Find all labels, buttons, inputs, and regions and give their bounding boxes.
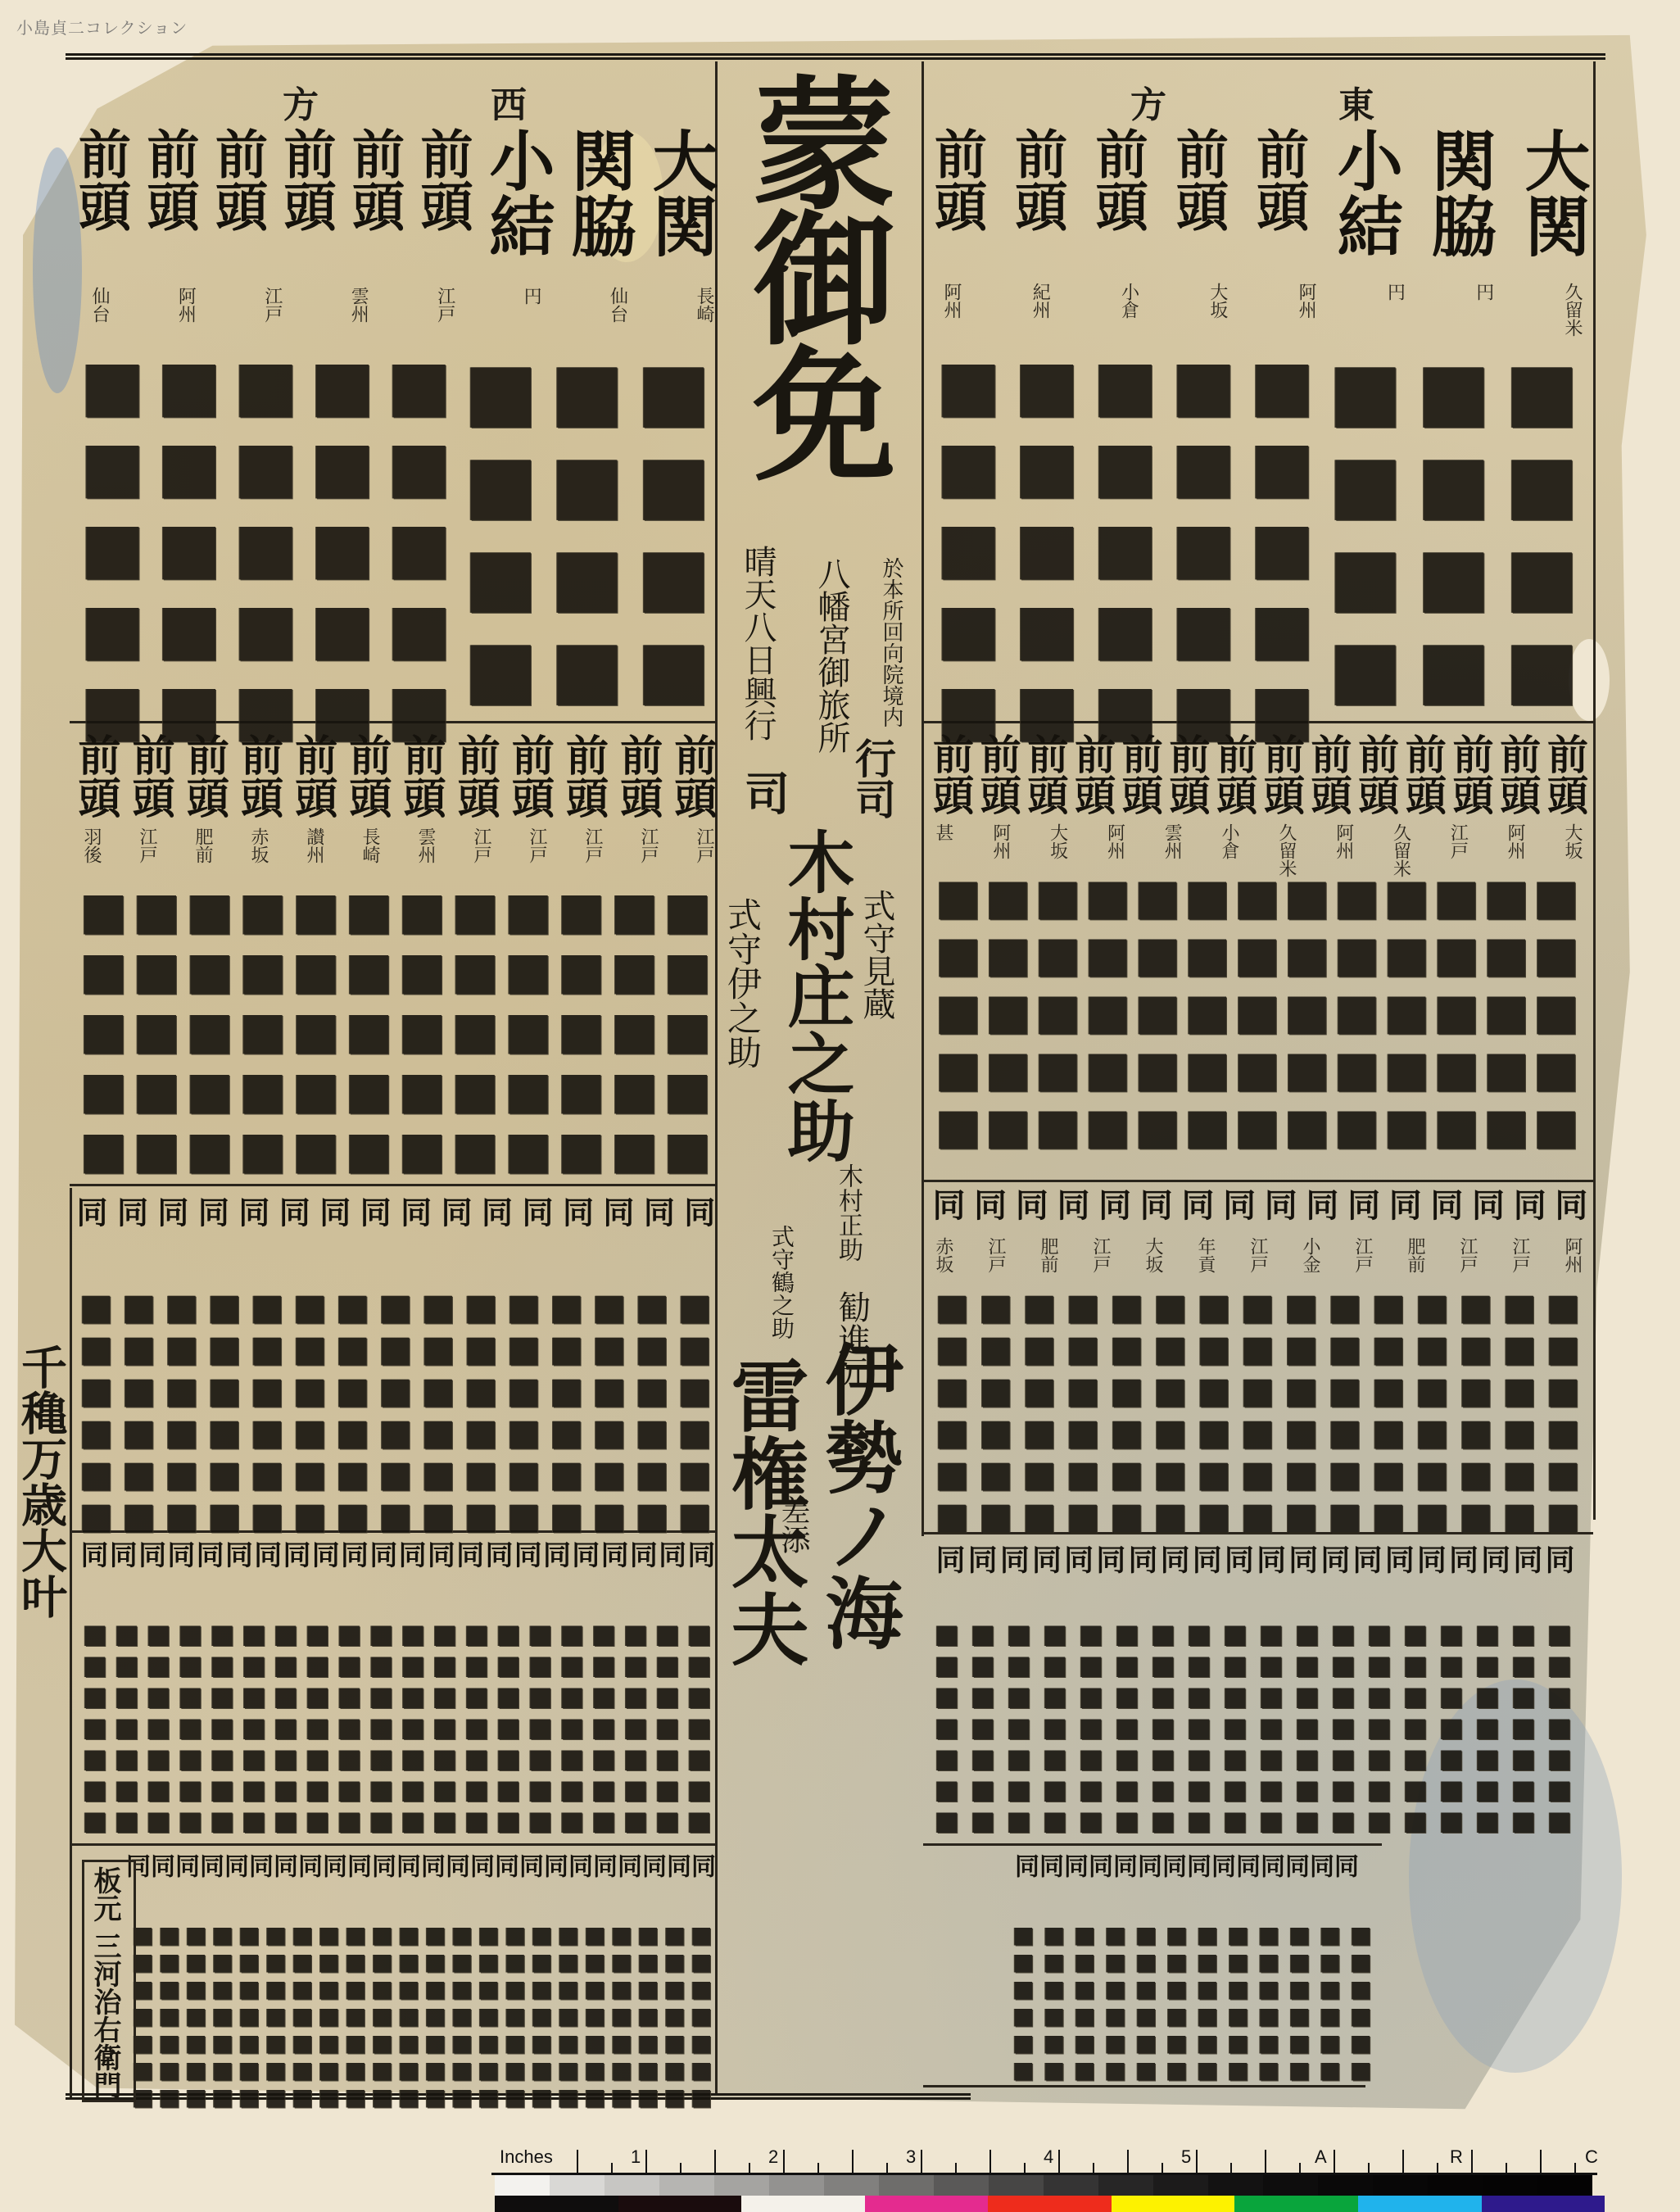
rank-label: 前頭: [237, 733, 279, 818]
rank-label: 同: [1110, 1853, 1134, 1878]
rank-label: 同: [1306, 1853, 1331, 1878]
shikona-illegible: ■■■■■: [396, 881, 447, 1180]
rank-label: 同: [1447, 1544, 1477, 1574]
shikona-illegible: ■■■■■■: [1226, 1921, 1249, 2083]
row-divider-2-west: [70, 1184, 717, 1186]
rank-label: 前頭: [616, 733, 659, 818]
rank-label: 同: [1261, 1188, 1294, 1221]
shikona-illegible: ■■■■■: [934, 344, 1003, 750]
east-top-shikona: ■■■■ ■■■■ ■■■■ ■■■■■ ■■■■■ ■■■■■ ■■■■■ ■…: [934, 344, 1581, 750]
rank-label: 同: [1386, 1188, 1419, 1221]
rank-label: 同: [1543, 1544, 1573, 1574]
shikona-illegible: ■■■■■■■: [1510, 1618, 1537, 1836]
west-fifth-ranks: 同 同 同 同 同 同 同 同 同 同 同 同 同 同 同 同 同 同 同 同 …: [131, 1853, 713, 1878]
shikona-illegible: ■■■■■■■: [305, 1618, 331, 1836]
rank-label: 前頭: [211, 127, 263, 232]
rank-label: 同: [600, 1196, 632, 1227]
rank-label: 同: [998, 1544, 1027, 1574]
rank-label: 前頭: [1450, 733, 1491, 815]
row-divider-4-west: [70, 1843, 717, 1846]
rank-label: 前頭: [1497, 733, 1537, 815]
shikona-illegible: ■■■■■: [1183, 868, 1232, 1155]
origin-label: 小倉: [1120, 283, 1138, 337]
rank-label: 同: [559, 1196, 591, 1227]
shikona-illegible: ■■■■■: [131, 881, 182, 1180]
shikona-illegible: ■■■■■■■: [1114, 1618, 1140, 1836]
rank-label: 同: [193, 1540, 221, 1568]
shikona-illegible: ■■■■■■■: [1474, 1618, 1501, 1836]
shikona-illegible: ■■■■■■■: [209, 1618, 235, 1836]
shikona-illegible: ■■■■■■: [1065, 1286, 1101, 1537]
rank-label: 同: [78, 1540, 106, 1568]
rank-label: 前頭: [1171, 127, 1224, 232]
rank-label: 同: [424, 1540, 452, 1568]
ruler-tick-label: 1: [631, 2146, 641, 2168]
origin-label: 長崎: [360, 827, 378, 863]
shikona-illegible: ■■■■■■■: [636, 1921, 659, 2110]
rank-label: 同: [1179, 1188, 1211, 1221]
origin-label: 円: [522, 287, 540, 323]
shikona-illegible: ■■■■■: [155, 344, 224, 750]
grayscale-calibration-strip: [495, 2175, 1592, 2196]
rank-label: 同: [1287, 1544, 1316, 1574]
rank-label: 前頭: [1119, 733, 1160, 815]
inch-ruler: Inches 1 2 3 4 5 A R C: [491, 2148, 1597, 2175]
ruler-tick-label: 2: [768, 2146, 778, 2168]
shikona-illegible: ■■■■■■■: [1078, 1618, 1104, 1836]
rank-label: 同: [1137, 1188, 1170, 1221]
shikona-illegible: ■■■■■■■: [432, 1618, 458, 1836]
shikona-illegible: ■■■■■■: [1370, 1286, 1406, 1537]
shikona-illegible: ■■■■■: [184, 881, 235, 1180]
shikona-illegible: ■■■■■■: [120, 1286, 156, 1537]
shikona-illegible: ■■■■■: [555, 881, 606, 1180]
shikona-illegible: ■■■■■: [503, 881, 554, 1180]
gyoji-label: 行司: [852, 737, 893, 819]
rank-label: 同: [438, 1196, 469, 1227]
shikona-illegible: ■■■■■: [1012, 344, 1081, 750]
center-title: 蒙御免: [741, 70, 885, 475]
rank-label: 同: [418, 1853, 442, 1878]
shikona-illegible: ■■■■: [1414, 344, 1492, 750]
west-fourth-shikona: ■■■■■■■ ■■■■■■■ ■■■■■■■ ■■■■■■■ ■■■■■■■ …: [82, 1618, 713, 1836]
rank-label: 前頭: [345, 733, 387, 818]
shikona-illegible: ■■■■■: [1432, 868, 1481, 1155]
rank-label: 前頭: [1071, 733, 1112, 815]
shikona-illegible: ■■■■■: [609, 881, 659, 1180]
rank-label: 同: [482, 1540, 510, 1568]
origin-label: 大坂: [1143, 1237, 1162, 1273]
rank-label: 同: [1428, 1188, 1460, 1221]
shikona-illegible: ■■■■■■: [1288, 1921, 1311, 2083]
west-second-origins: 江戸 江戸 江戸 江戸 江戸 雲州 長崎 讃州 赤坂 肥前 江戸 羽後: [82, 827, 713, 863]
rank-label: 同: [1184, 1853, 1208, 1878]
origin-label: 江戸: [1510, 1237, 1528, 1273]
rank-label: 前頭: [930, 127, 982, 232]
shikona-illegible: ■■■■■: [231, 344, 300, 750]
gyoji-left: 式守伊之助: [725, 897, 759, 1069]
rank-label: 同: [479, 1196, 510, 1227]
rank-label: 同: [221, 1853, 246, 1878]
shikona-illegible: ■■■■■■■: [464, 1618, 490, 1836]
shikona-illegible: ■■■■■: [290, 881, 341, 1180]
rank-label: 同: [1415, 1544, 1444, 1574]
shikona-illegible: ■■■■■■■: [583, 1921, 606, 2110]
shikona-illegible: ■■■■■■: [634, 1286, 670, 1537]
rank-label: 同: [1190, 1544, 1220, 1574]
ruler-tick-label: C: [1585, 2146, 1598, 2168]
rank-label: 前頭: [1261, 733, 1302, 815]
shikona-illegible: ■■■■■■■: [264, 1921, 287, 2110]
rank-label: 同: [236, 1196, 267, 1227]
rank-label: 前頭: [453, 733, 496, 818]
venue-note-left: 晴天八日興行: [741, 545, 774, 741]
west-header-side: 西: [491, 84, 699, 126]
shikona-illegible: ■■■■■■: [377, 1286, 413, 1537]
origin-label: 江戸: [639, 827, 657, 863]
rank-label: 同: [541, 1540, 568, 1568]
rank-label: 小結: [484, 127, 550, 258]
origin-label: 肥前: [193, 827, 211, 863]
rank-label: 同: [590, 1853, 614, 1878]
shikona-illegible: ■■■■■: [1034, 868, 1083, 1155]
shikona-illegible: ■■■■■■■: [1258, 1618, 1284, 1836]
shikona-illegible: ■■■■: [461, 344, 540, 750]
origin-label: 阿州: [176, 287, 194, 323]
rank-label: 同: [491, 1853, 516, 1878]
rank-label: 同: [1552, 1188, 1585, 1221]
shikona-illegible: ■■■■■■: [1165, 1921, 1188, 2083]
shikona-illegible: ■■■■: [634, 344, 713, 750]
rank-label: 同: [682, 1196, 713, 1227]
origin-label: 江戸: [695, 827, 713, 863]
rank-label: 同: [136, 1540, 164, 1568]
shikona-illegible: ■■■■■■■: [557, 1921, 580, 2110]
shikona-illegible: ■■■■: [1502, 344, 1581, 750]
shikona-illegible: ■■■■■■■: [451, 1921, 473, 2110]
rank-label: 関脇: [1426, 127, 1492, 258]
rank-label: 同: [663, 1853, 688, 1878]
west-top-shikona: ■■■■ ■■■■ ■■■■ ■■■■■ ■■■■■ ■■■■■ ■■■■■ ■…: [78, 344, 713, 750]
west-third-shikona: ■■■■■■ ■■■■■■ ■■■■■■ ■■■■■■ ■■■■■■ ■■■■■…: [78, 1286, 713, 1537]
color-calibration-strip: [495, 2196, 1605, 2212]
rank-label: 前頭: [143, 127, 195, 232]
rank-label: 同: [641, 1196, 672, 1227]
rank-label: 同: [317, 1196, 348, 1227]
shikona-illegible: ■■■■■■: [591, 1286, 627, 1537]
rank-label: 同: [147, 1853, 172, 1878]
rank-label: 大関: [647, 127, 713, 258]
shikona-illegible: ■■■■■: [1233, 868, 1282, 1155]
sashizoe-name: 雷権太夫: [725, 1356, 803, 1667]
shikona-illegible: ■■■■■■: [1327, 1286, 1363, 1537]
shikona-illegible: ■■■■■■■: [1366, 1618, 1392, 1836]
rank-label: 同: [656, 1540, 684, 1568]
rank-label: 前頭: [399, 733, 442, 818]
origin-label: 江戸: [986, 1237, 1004, 1273]
rank-label: 同: [1257, 1853, 1282, 1878]
shikona-illegible: ■■■■■■■: [146, 1618, 172, 1836]
rank-label: 同: [569, 1540, 597, 1568]
origin-label: 円: [1385, 283, 1403, 337]
shikona-illegible: ■■■■■■■: [1006, 1618, 1032, 1836]
origin-label: 大坂: [1208, 283, 1226, 337]
rank-label: 同: [1479, 1544, 1509, 1574]
shikona-illegible: ■■■■■■: [1108, 1286, 1144, 1537]
origin-label: 江戸: [1248, 1237, 1266, 1273]
shikona-illegible: ■■■■■■: [1283, 1286, 1319, 1537]
rank-label: 前頭: [930, 733, 971, 815]
origin-label: 阿州: [1297, 283, 1315, 337]
shikona-illegible: ■■■■■■: [1257, 1921, 1280, 2083]
shikona-illegible: ■■■■■■: [977, 1286, 1013, 1537]
gyoji-small-1: 木村正助: [835, 1163, 860, 1262]
rank-label: 同: [1303, 1188, 1336, 1221]
tsukasa-label: 司: [741, 770, 786, 815]
gyoji-small-2: 式守鶴之助: [770, 1225, 793, 1339]
rank-label: 小結: [1332, 127, 1397, 258]
east-fifth-ranks: 同 同 同 同 同 同 同 同 同 同 同 同 同 同: [1012, 1853, 1356, 1878]
shikona-illegible: ■■■■■■: [163, 1286, 199, 1537]
shikona-illegible: ■■■■■■: [1152, 1286, 1188, 1537]
east-fifth-shikona: ■■■■■■ ■■■■■■ ■■■■■■ ■■■■■■ ■■■■■■ ■■■■■…: [1012, 1921, 1372, 2083]
shikona-illegible: ■■■■■■: [420, 1286, 456, 1537]
rank-label: 同: [1126, 1544, 1156, 1574]
rank-label: 同: [1331, 1853, 1356, 1878]
shikona-illegible: ■■■■■■: [1042, 1921, 1065, 2083]
rank-label: 前頭: [1308, 733, 1349, 815]
shikona-illegible: ■■■■■: [343, 881, 394, 1180]
rank-label: 同: [930, 1188, 962, 1221]
rank-label: 同: [1255, 1544, 1284, 1574]
rank-label: 同: [541, 1853, 565, 1878]
shikona-illegible: ■■■■■■: [1073, 1921, 1096, 2083]
origin-label: 江戸: [583, 827, 601, 863]
shikona-illegible: ■■■■■■: [78, 1286, 114, 1537]
shikona-illegible: ■■■■■■: [1134, 1921, 1157, 2083]
origin-label: 長崎: [695, 287, 713, 323]
ruler-tick-label: 5: [1181, 2146, 1191, 2168]
rank-label: 同: [1061, 1853, 1085, 1878]
rank-label: 同: [1085, 1853, 1110, 1878]
west-top-ranks: 大関 関脇 小結 前頭 前頭 前頭 前頭 前頭 前頭: [74, 127, 713, 283]
rank-label: 同: [614, 1853, 639, 1878]
rank-label: 前頭: [291, 733, 333, 818]
shikona-illegible: ■■■■■: [78, 881, 129, 1180]
gyoji-name: 木村庄之助: [782, 827, 849, 1163]
rank-label: 同: [1510, 1188, 1543, 1221]
row-divider-2-east: [923, 1180, 1593, 1182]
divider-left-margin: [70, 1188, 72, 2097]
ruler-tick-label: R: [1450, 2146, 1463, 2168]
rank-label: 同: [1319, 1544, 1348, 1574]
shikona-illegible: ■■■■■■: [292, 1286, 328, 1537]
rank-label: 同: [516, 1853, 541, 1878]
shikona-illegible: ■■■■■■: [463, 1286, 499, 1537]
shikona-illegible: ■■■■■■■: [370, 1921, 393, 2110]
origin-label: 紀州: [1030, 283, 1048, 337]
rank-label: 同: [639, 1853, 663, 1878]
rank-label: 前頭: [416, 127, 469, 232]
west-third-ranks: 同 同 同 同 同 同 同 同 同 同 同 同 同 同 同 同: [74, 1196, 713, 1227]
publisher-text: 板元 三河治右衛門: [91, 1866, 119, 2099]
rank-label: 同: [1062, 1544, 1092, 1574]
shikona-illegible: ■■■■■■: [1196, 1286, 1232, 1537]
rank-label: 同: [155, 1196, 186, 1227]
east-top-ranks: 大関 関脇 小結 前頭 前頭 前頭 前頭 前頭: [930, 127, 1585, 283]
rank-label: 前頭: [1402, 733, 1443, 815]
rank-label: 同: [319, 1853, 344, 1878]
shikona-illegible: ■■■■■■■: [477, 1921, 500, 2110]
shikona-illegible: ■■■■: [547, 344, 626, 750]
rank-label: 前頭: [347, 127, 400, 232]
shikona-illegible: ■■■■■■: [249, 1286, 285, 1537]
rank-label: 同: [344, 1853, 369, 1878]
kanjin-name: 伊勢ノ海: [819, 1339, 897, 1651]
shikona-illegible: ■■■■■■: [1414, 1286, 1450, 1537]
ruler-tick-label: 3: [906, 2146, 916, 2168]
rank-label: 同: [971, 1188, 1004, 1221]
rank-label: 同: [1012, 1188, 1045, 1221]
origin-label: 江戸: [263, 287, 281, 323]
rank-label: 大関: [1519, 127, 1585, 258]
west-top-origins: 長崎 仙台 円 江戸 雲州 江戸 阿州 仙台: [90, 287, 713, 323]
west-fifth-shikona: ■■■■■■■ ■■■■■■■ ■■■■■■■ ■■■■■■■ ■■■■■■■ …: [131, 1921, 713, 2110]
east-fourth-shikona: ■■■■■■■ ■■■■■■■ ■■■■■■■ ■■■■■■■ ■■■■■■■ …: [934, 1618, 1573, 1836]
rank-label: 同: [357, 1196, 388, 1227]
divider-center-east: [922, 61, 924, 1536]
shikona-illegible: ■■■■■■■: [970, 1618, 996, 1836]
rank-label: 同: [246, 1853, 270, 1878]
shikona-illegible: ■■■■■■■: [241, 1618, 267, 1836]
east-third-ranks: 同 同 同 同 同 同 同 同 同 同 同 同 同 同 同 同: [930, 1188, 1585, 1221]
rank-label: 前頭: [1213, 733, 1254, 815]
shikona-illegible: ■■■■■: [450, 881, 500, 1180]
origin-label: 雲州: [416, 827, 434, 863]
shikona-illegible: ■■■■■: [1090, 344, 1159, 750]
rank-label: 関脇: [566, 127, 632, 258]
rank-label: 前頭: [1091, 127, 1143, 232]
rank-label: 同: [1282, 1853, 1306, 1878]
rank-label: 同: [172, 1853, 197, 1878]
shikona-illegible: ■■■■■: [1532, 868, 1581, 1155]
origin-label: 江戸: [138, 827, 156, 863]
rank-label: 同: [197, 1853, 221, 1878]
shikona-illegible: ■■■■■■■: [82, 1618, 108, 1836]
shikona-illegible: ■■■■■■■: [528, 1618, 554, 1836]
shikona-illegible: ■■■■■: [1382, 868, 1431, 1155]
origin-label: 仙台: [609, 287, 627, 323]
shikona-illegible: ■■■■■■■: [623, 1618, 649, 1836]
rank-label: 同: [1220, 1188, 1253, 1221]
shikona-illegible: ■■■■■■■: [1438, 1618, 1465, 1836]
shikona-illegible: ■■■■■■: [548, 1286, 584, 1537]
origin-label: 江戸: [1353, 1237, 1371, 1273]
shikona-illegible: ■■■■■■■: [273, 1618, 299, 1836]
east-top-origins: 久留米 円 円 阿州 大坂 小倉 紀州 阿州: [942, 283, 1581, 337]
origin-label: 円: [1474, 283, 1492, 337]
origin-label: 久留米: [1563, 283, 1581, 337]
east-second-shikona: ■■■■■ ■■■■■ ■■■■■ ■■■■■ ■■■■■ ■■■■■ ■■■■…: [934, 868, 1581, 1155]
rank-label: 同: [393, 1853, 418, 1878]
origin-label: 羽後: [82, 827, 100, 863]
rank-label: 前頭: [1024, 733, 1065, 815]
origin-label: 年貢: [1196, 1237, 1214, 1273]
center-column: 蒙御免 於本所回向院境内 八幡宮御旅所 晴天八日興行 行司 司 木村庄之助 式守…: [717, 61, 917, 2093]
shikona-illegible: ■■■■■■■: [609, 1921, 632, 2110]
origin-label: 肥前: [1406, 1237, 1424, 1273]
origin-label: 江戸: [1458, 1237, 1476, 1273]
shikona-illegible: ■■■■■■: [1349, 1921, 1372, 2083]
rank-label: 前頭: [279, 127, 332, 232]
rank-label: 同: [74, 1196, 105, 1227]
shikona-illegible: ■■■■■■■: [184, 1921, 207, 2110]
shikona-illegible: ■■■■■■■: [1546, 1618, 1573, 1836]
east-second-ranks: 前頭 前頭 前頭 前頭 前頭 前頭 前頭 前頭 前頭 前頭 前頭 前頭 前頭 前…: [930, 733, 1585, 815]
rank-label: 同: [1345, 1188, 1378, 1221]
venue-note: 於本所回向院境内: [881, 557, 902, 728]
rank-label: 同: [1096, 1188, 1129, 1221]
rank-label: 前頭: [670, 733, 713, 818]
rank-label: 同: [598, 1540, 626, 1568]
rank-label: 前頭: [977, 733, 1018, 815]
gyoji-right: 式守見蔵: [860, 889, 893, 1020]
collection-watermark: 小島貞二コレクション: [16, 15, 188, 39]
shikona-illegible: ■■■■■■■: [934, 1618, 960, 1836]
shikona-illegible: ■■■■■■■: [654, 1618, 681, 1836]
shikona-illegible: ■■■■■■■: [1294, 1618, 1320, 1836]
shikona-illegible: ■■■■■■■: [1186, 1618, 1212, 1836]
shikona-illegible: ■■■■■■■: [1042, 1618, 1068, 1836]
shikona-illegible: ■■■■■■: [677, 1286, 713, 1537]
shikona-illegible: ■■■■■■■: [291, 1921, 314, 2110]
rank-label: 同: [222, 1540, 250, 1568]
left-margin-inscription: 千穐万歳大叶: [18, 1344, 64, 1619]
shikona-illegible: ■■■■■■■: [400, 1618, 426, 1836]
rank-label: 同: [367, 1540, 395, 1568]
shikona-illegible: ■■■■■■■: [690, 1921, 713, 2110]
shikona-illegible: ■■■■■■: [1196, 1921, 1219, 2083]
rank-label: 同: [1208, 1853, 1233, 1878]
west-fourth-ranks: 同 同 同 同 同 同 同 同 同 同 同 同 同 同 同 同 同 同 同 同 …: [78, 1540, 713, 1568]
shikona-illegible: ■■■■■■■: [686, 1618, 713, 1836]
ruler-unit-label: Inches: [500, 2146, 553, 2168]
rank-label: 同: [1012, 1853, 1036, 1878]
origin-label: 江戸: [436, 287, 454, 323]
rank-label: 同: [195, 1196, 226, 1227]
shikona-illegible: ■■■■■■■: [591, 1618, 617, 1836]
rank-label: 同: [309, 1540, 337, 1568]
shikona-illegible: ■■■■■: [78, 344, 147, 750]
shikona-illegible: ■■■■■■: [1545, 1286, 1581, 1537]
shikona-illegible: ■■■■■■: [1103, 1921, 1126, 2083]
rank-label: 同: [106, 1540, 134, 1568]
shikona-illegible: ■■■■■: [1169, 344, 1238, 750]
row-divider-4-east: [923, 1843, 1382, 1846]
shikona-illegible: ■■■■■: [237, 881, 288, 1180]
shikona-illegible: ■■■■■: [1333, 868, 1382, 1155]
shikona-illegible: ■■■■■■: [1021, 1286, 1057, 1537]
rank-label: 同: [454, 1540, 482, 1568]
shikona-illegible: ■■■■■: [1133, 868, 1182, 1155]
ruler-tick-label: A: [1315, 2146, 1327, 2168]
east-header-side: 東: [1338, 84, 1546, 126]
shikona-illegible: ■■■■■■: [505, 1286, 541, 1537]
shikona-illegible: ■■■■■: [662, 881, 713, 1180]
east-header-suffix: 方: [1130, 84, 1338, 126]
shikona-illegible: ■■■■■■■: [211, 1921, 233, 2110]
shikona-illegible: ■■■■■: [1283, 868, 1332, 1155]
